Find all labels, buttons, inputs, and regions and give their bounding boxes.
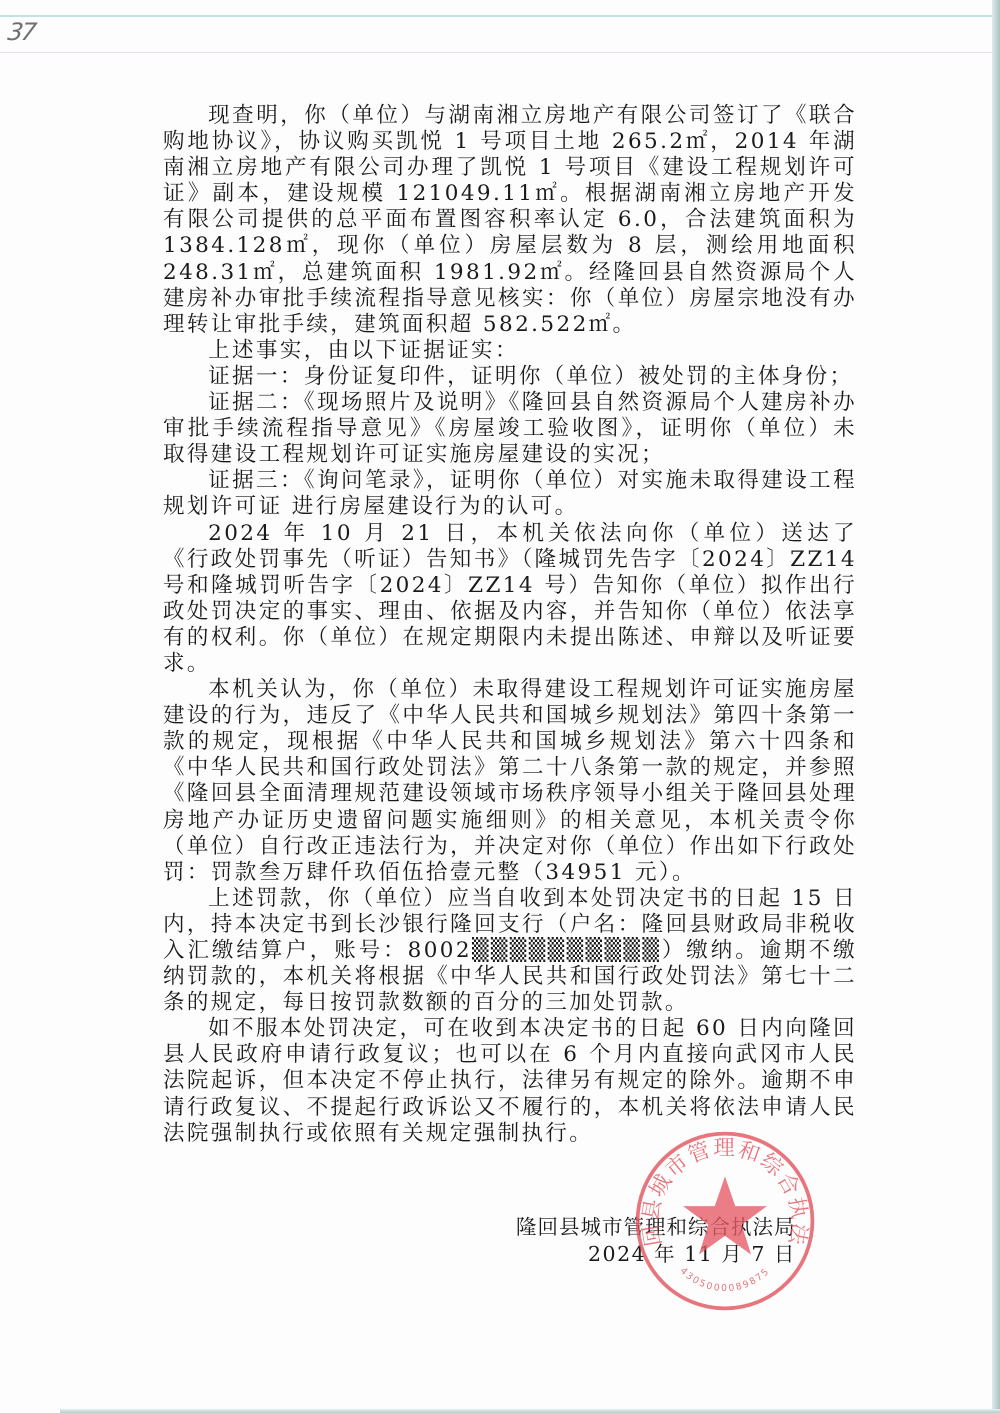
signature-block: 隆回县城市管理和综合执法局 2024 年 11 月 7 日 <box>516 1214 796 1268</box>
paragraph-evidence-1: 证据一：身份证复印件，证明你（单位）被处罚的主体身份； <box>163 364 857 390</box>
handwritten-page-number: 37 <box>6 18 36 46</box>
paragraph-decision: 本机关认为，你（单位）未取得建设工程规划许可证实施房屋建设的行为，违反了《中华人… <box>163 677 857 886</box>
svg-text:4305000089875: 4305000089875 <box>678 1266 773 1295</box>
paragraph-payment: 上述罚款，你（单位）应当自收到本处罚决定书的日起 15 日内，持本决定书到长沙银… <box>163 886 857 1016</box>
issuing-organization: 隆回县城市管理和综合执法局 <box>516 1214 796 1241</box>
scan-top-rule <box>0 15 992 17</box>
scan-right-edge <box>992 0 1000 1413</box>
document-body: 现查明，你（单位）与湖南湘立房地产有限公司签订了《联合购地协议》，协议购买凯悦 … <box>163 103 857 1147</box>
paragraph-evidence-3: 证据三：《询问笔录》，证明你（单位）对实施未取得建设工程规划许可证 进行房屋建设… <box>163 468 857 520</box>
scan-margin-rule <box>0 52 992 53</box>
paragraph-evidence-intro: 上述事实，由以下证据证实： <box>163 338 857 364</box>
paragraph-findings: 现查明，你（单位）与湖南湘立房地产有限公司签订了《联合购地协议》，协议购买凯悦 … <box>163 103 857 338</box>
paragraph-evidence-2: 证据二：《现场照片及说明》《隆回县自然资源局个人建房补办审批手续流程指导意见》《… <box>163 390 857 468</box>
issue-date: 2024 年 11 月 7 日 <box>516 1241 796 1268</box>
paragraph-appeal-rights: 如不服本处罚决定，可在收到本决定书的日起 60 日内向隆回县人民政府申请行政复议… <box>163 1016 857 1146</box>
paragraph-notice-served: 2024 年 10 月 21 日，本机关依法向你（单位）送达了《行政处罚事先（听… <box>163 521 857 678</box>
scan-bottom-edge <box>60 1409 1000 1413</box>
